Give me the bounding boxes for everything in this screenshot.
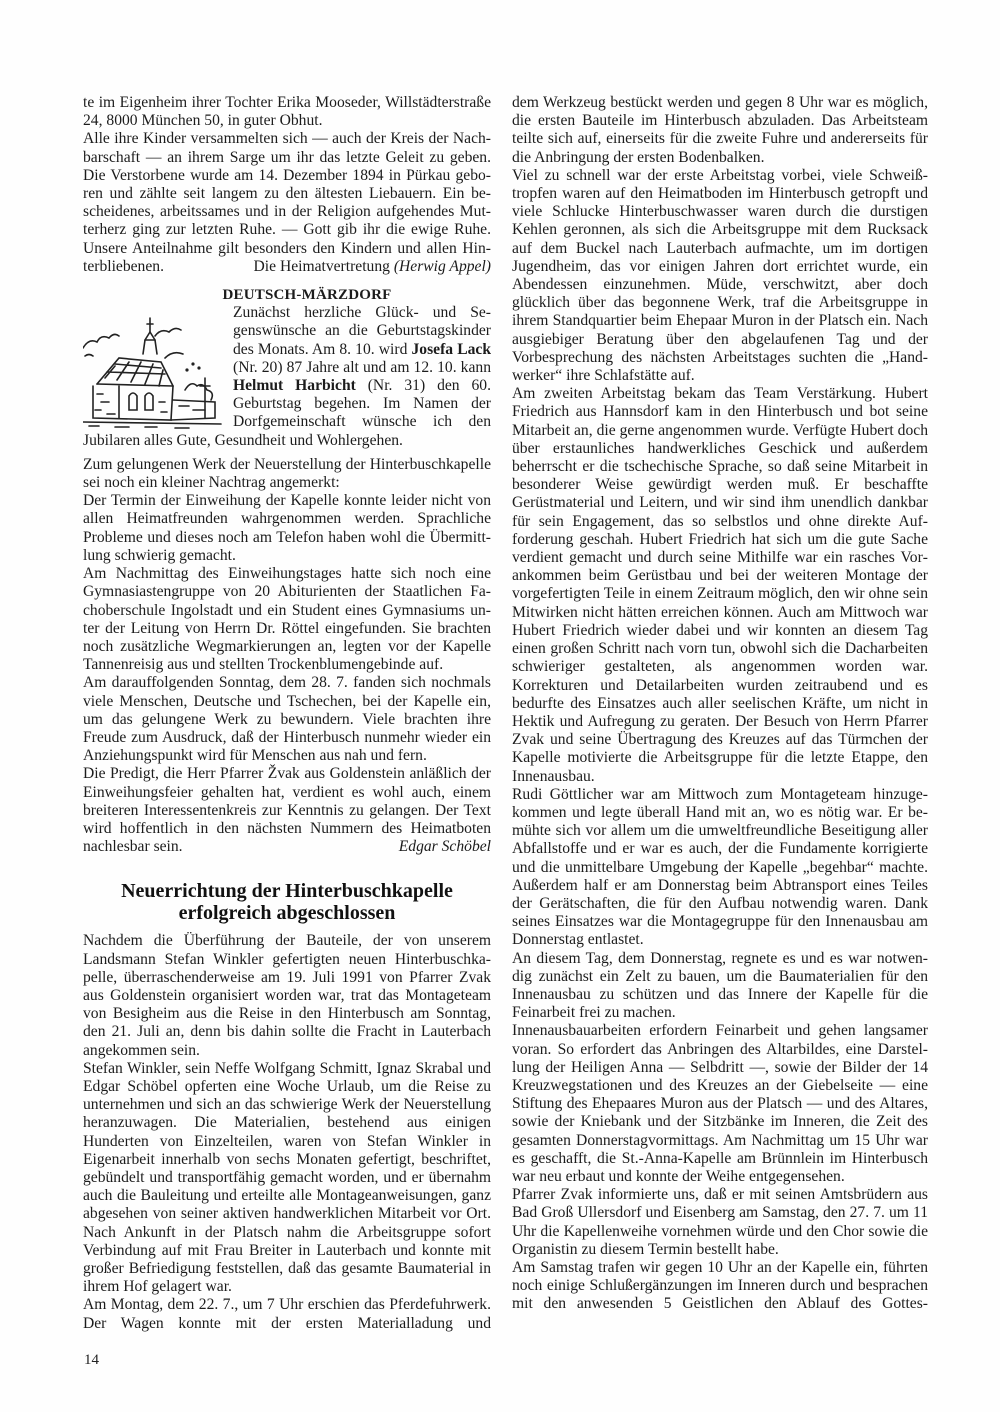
birthday-greetings: Zunächst herzliche Glück- und Se­genswün… [83, 304, 491, 450]
chapel-addendum-paragraph: Zum gelungenen Werk der Neuerstellung de… [83, 456, 491, 492]
article-paragraph: Stefan Winkler, sein Neffe Wolfgang Schm… [83, 1060, 491, 1297]
article-paragraph: Am Samstag trafen wir gegen 10 Uhr an de… [512, 1259, 928, 1314]
article-paragraph: An diesem Tag, dem Donnerstag, regnete e… [512, 950, 928, 1023]
signature-name: (Herwig Appel) [394, 258, 491, 275]
page-number: 14 [84, 1352, 99, 1369]
document-page: te im Eigenheim ihrer Tochter Erika Moos… [0, 0, 1000, 1412]
chapel-addendum-paragraph: Am darauffolgenden Sonntag, dem 28. 7. f… [83, 674, 491, 765]
article-paragraph: Am Montag, dem 22. 7., um 7 Uhr erschien… [83, 1296, 491, 1332]
left-column: te im Eigenheim ihrer Tochter Erika Moos… [83, 94, 491, 1333]
article-paragraph: dem Werkzeug bestückt werden und gegen 8… [512, 94, 928, 167]
article-paragraph: Am zweiten Arbeitstag bekam das Team Ver… [512, 385, 928, 785]
obituary-paragraph: te im Eigenheim ihrer Tochter Erika Moos… [83, 94, 491, 130]
chapel-illustration-icon [83, 306, 225, 430]
article-headline: Neuerrichtung der Hinterbuschkapelle erf… [83, 880, 491, 924]
article-paragraph: Pfarrer Zvak informierte uns, daß er mit… [512, 1186, 928, 1259]
chapel-addendum-paragraph: Am Nachmittag des Einweihungstages hatte… [83, 565, 491, 674]
chapel-addendum-paragraph: Der Termin der Einweihung der Kapelle ko… [83, 492, 491, 565]
article-paragraph: Innenausbauarbeiten erfordern Feinarbeit… [512, 1022, 928, 1186]
obituary-signature: Die Heimatvertretung (Herwig Appel) [254, 258, 491, 276]
article-paragraph: Rudi Göttlicher war am Mittwoch zum Mont… [512, 786, 928, 950]
right-column: dem Werkzeug bestückt werden und gegen 8… [512, 94, 928, 1314]
signature-organization: Die Heimatvertretung [254, 258, 394, 275]
birthday-person-name: Josefa Lack [412, 341, 492, 358]
article-paragraph: Nachdem die Überführung der Bauteile, de… [83, 932, 491, 1059]
obituary-paragraph: Alle ihre Kinder versammelten sich — auc… [83, 130, 491, 276]
birthday-person-name: Helmut Harbicht [233, 377, 356, 394]
article-paragraph: Viel zu schnell war der erste Arbeitstag… [512, 167, 928, 385]
section-heading-deutsch-maerzdorf: DEUTSCH-MÄRZDORF [83, 286, 491, 304]
